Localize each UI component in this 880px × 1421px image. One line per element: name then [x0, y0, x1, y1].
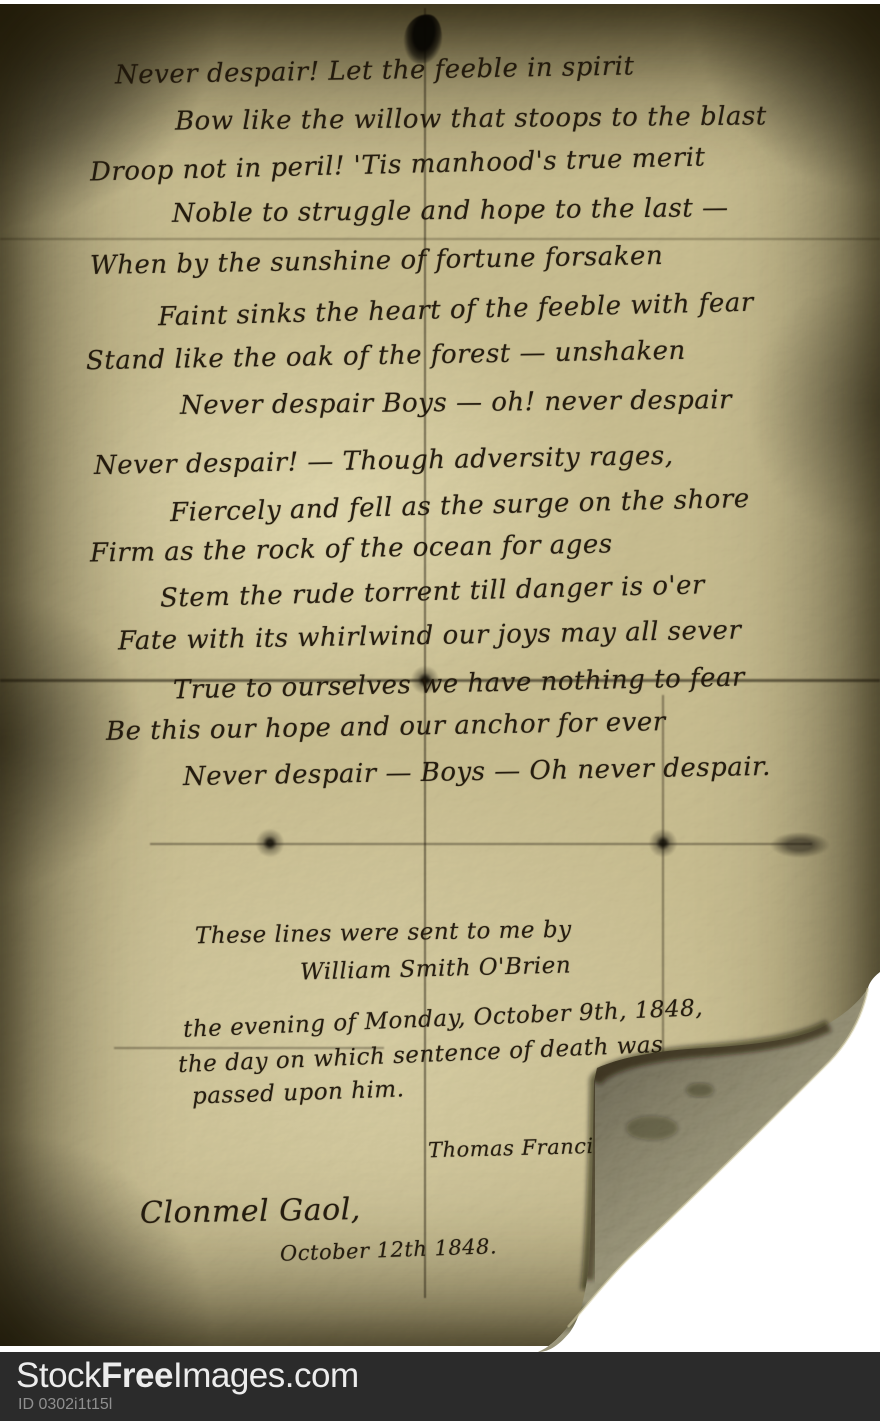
signature-text: Thomas Francis	[428, 1134, 606, 1163]
watermark-bar: StockFreeImages.com ID 0302i1t15l	[0, 1352, 880, 1421]
manuscript-photo: Never despair! Let the feeble in spiritB…	[0, 0, 880, 1421]
place-text: Clonmel Gaol,	[140, 1192, 361, 1231]
watermark-brand-images: Images.com	[173, 1356, 359, 1395]
fold-intersection-mark	[646, 826, 680, 860]
poem-line: Bow like the willow that stoops to the b…	[175, 101, 767, 136]
watermark-image-id: ID 0302i1t15l	[18, 1396, 112, 1414]
watermark-brand-free: Free	[101, 1356, 173, 1395]
watermark-brand: StockFreeImages.com	[16, 1356, 359, 1396]
poem-line: Never despair Boys — oh! never despair	[180, 385, 732, 421]
poem-line: Noble to struggle and hope to the last —	[172, 193, 729, 229]
ink-smudge	[770, 832, 830, 858]
fold-intersection-mark	[253, 826, 287, 860]
watermark-brand-stock: Stock	[16, 1356, 101, 1395]
